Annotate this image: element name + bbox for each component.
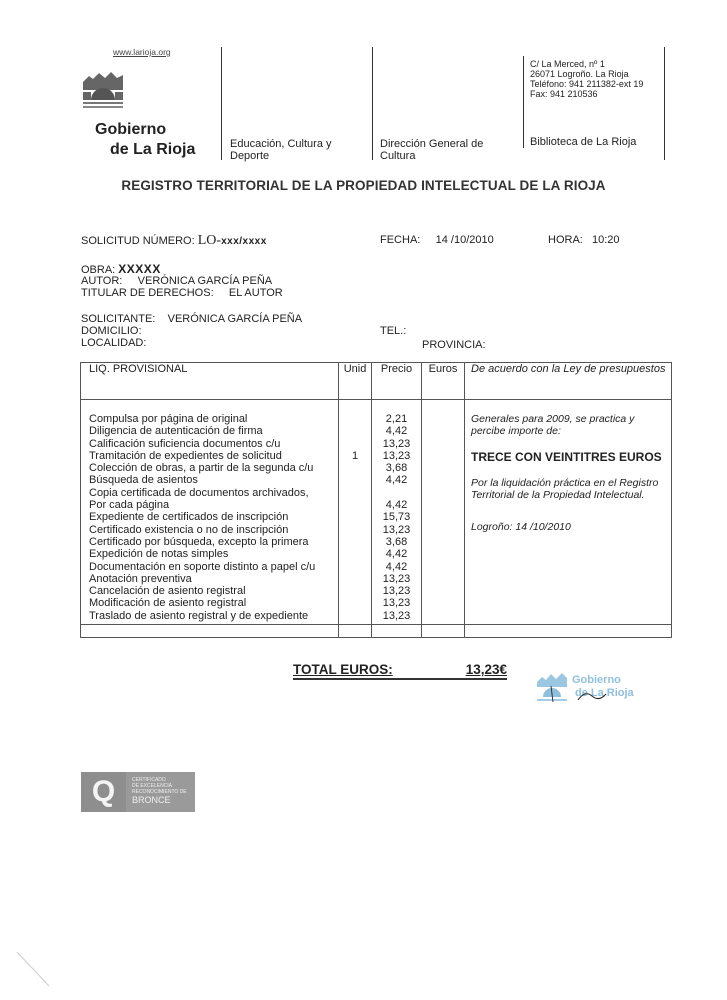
table-row-concept: Cancelación de asiento registral bbox=[89, 585, 338, 597]
solicitante-label: SOLICITANTE: bbox=[81, 313, 155, 325]
liquidation-note: Generales para 2009, se practica y perci… bbox=[465, 400, 672, 625]
solicitud-label: SOLICITUD NÚMERO: bbox=[81, 235, 195, 247]
department-education: Educación, Cultura y Deporte bbox=[230, 138, 332, 162]
table-row-precio: 4,42 bbox=[372, 561, 421, 573]
quality-q-icon: Q bbox=[81, 772, 126, 812]
table-row-concept: Expediente de certificados de inscripció… bbox=[89, 511, 338, 523]
table-row-unid bbox=[339, 425, 371, 437]
localidad-label: LOCALIDAD: bbox=[81, 337, 146, 349]
hora-field: HORA: 10:20 bbox=[548, 234, 620, 246]
table-row-precio: 13,23 bbox=[372, 438, 421, 450]
signature-icon bbox=[577, 688, 607, 702]
table-row-unid bbox=[339, 561, 371, 573]
header-law-note: De acuerdo con la Ley de presupuestos bbox=[465, 363, 672, 400]
department-library: Biblioteca de La Rioja bbox=[530, 136, 636, 148]
footer-cell bbox=[465, 625, 672, 638]
table-body-row: Compulsa por página de originalDiligenci… bbox=[81, 400, 672, 625]
table-row-precio: 13,23 bbox=[372, 450, 421, 462]
place-date: Logroño: 14 /10/2010 bbox=[471, 521, 665, 533]
department-culture: Dirección General de Cultura bbox=[380, 138, 483, 162]
autor-field: AUTOR: VERÓNICA GARCÍA PEÑA bbox=[81, 275, 272, 287]
table-row-unid bbox=[339, 536, 371, 548]
fecha-label: FECHA: bbox=[380, 234, 420, 246]
table-row-concept: Copia certificada de documentos archivad… bbox=[89, 487, 338, 499]
concept-column: Compulsa por página de originalDiligenci… bbox=[81, 400, 339, 625]
table-row-concept: Expedición de notas simples bbox=[89, 548, 338, 560]
table-row-unid bbox=[339, 499, 371, 511]
address-line: C/ La Merced, nº 1 bbox=[530, 59, 643, 69]
stamp-logo-icon bbox=[537, 672, 567, 702]
table-row-concept: Certificado existencia o no de inscripci… bbox=[89, 524, 338, 536]
amount-in-words: TRECE CON VEINTITRES EUROS bbox=[471, 451, 665, 463]
total-line: TOTAL EUROS: 13,23€ bbox=[293, 662, 507, 680]
solicitud-field: SOLICITUD NÚMERO: LO-xxx/xxxx bbox=[81, 233, 267, 249]
table-row-concept: Por cada página bbox=[89, 499, 338, 511]
total-value: 13,23€ bbox=[466, 662, 507, 677]
table-row-precio: 13,23 bbox=[372, 610, 421, 622]
table-row-unid bbox=[339, 597, 371, 609]
excellence-certificate-badge: Q CERTIFICADO DE EXCELENCIA RECONOCIMIEN… bbox=[81, 772, 195, 812]
footer-cell bbox=[339, 625, 372, 638]
table-row-precio: 2,21 bbox=[372, 413, 421, 425]
table-footer-row bbox=[81, 625, 672, 638]
table-row-precio: 13,23 bbox=[372, 597, 421, 609]
table-row-concept: Traslado de asiento registral y de exped… bbox=[89, 610, 338, 622]
dept-line: Deporte bbox=[230, 150, 332, 162]
table-row-unid bbox=[339, 610, 371, 622]
table-row-unid bbox=[339, 511, 371, 523]
table-row-precio bbox=[372, 487, 421, 499]
table-row-unid bbox=[339, 474, 371, 486]
header-unid: Unid bbox=[339, 363, 372, 400]
address-line: Fax: 941 210536 bbox=[530, 89, 643, 99]
header-divider bbox=[221, 47, 222, 160]
precio-column: 2,214,4213,2313,233,684,42 4,4215,7313,2… bbox=[372, 400, 422, 625]
table-row-concept: Modificación de asiento registral bbox=[89, 597, 338, 609]
address-line: 26071 Logroño. La Rioja bbox=[530, 69, 643, 79]
header-divider bbox=[372, 47, 373, 160]
footer-cell bbox=[372, 625, 422, 638]
table-row-unid bbox=[339, 524, 371, 536]
dept-line: Cultura bbox=[380, 150, 483, 162]
table-row-unid bbox=[339, 413, 371, 425]
table-row-unid bbox=[339, 462, 371, 474]
header-euros: Euros bbox=[422, 363, 465, 400]
table-row-precio: 4,42 bbox=[372, 474, 421, 486]
liquidation-table: LIQ. PROVISIONAL Unid Precio Euros De ac… bbox=[80, 362, 672, 638]
autor-value: VERÓNICA GARCÍA PEÑA bbox=[138, 275, 272, 287]
fecha-value: 14 /10/2010 bbox=[436, 234, 494, 246]
table-row-precio: 3,68 bbox=[372, 462, 421, 474]
titular-value: EL AUTOR bbox=[229, 287, 283, 299]
table-row-precio: 15,73 bbox=[372, 511, 421, 523]
dept-line: Educación, Cultura y bbox=[230, 138, 332, 150]
domicilio-label: DOMICILIO: bbox=[81, 325, 142, 337]
solicitud-prefix: LO- bbox=[198, 233, 221, 248]
table-row-concept: Certificado por búsqueda, excepto la pri… bbox=[89, 536, 338, 548]
obra-value: XXXXX bbox=[118, 262, 161, 276]
table-row-precio: 4,42 bbox=[372, 425, 421, 437]
header-divider bbox=[523, 56, 524, 148]
table-row-unid bbox=[339, 487, 371, 499]
org-name-line1: Gobierno bbox=[95, 121, 166, 139]
table-row-unid: 1 bbox=[339, 450, 371, 462]
table-row-precio: 13,23 bbox=[372, 524, 421, 536]
titular-label: TITULAR DE DERECHOS: bbox=[81, 287, 214, 299]
total-label: TOTAL EUROS: bbox=[293, 662, 393, 677]
table-row-precio: 3,68 bbox=[372, 536, 421, 548]
obra-field: OBRA: XXXXX bbox=[81, 262, 161, 276]
tel-label: TEL.: bbox=[380, 325, 406, 337]
hora-label: HORA: bbox=[548, 234, 583, 246]
table-row-precio: 4,42 bbox=[372, 499, 421, 511]
header-precio: Precio bbox=[372, 363, 422, 400]
solicitud-number: xxx/xxxx bbox=[221, 236, 267, 247]
table-row-concept: Búsqueda de asientos bbox=[89, 474, 338, 486]
table-row-precio: 4,42 bbox=[372, 548, 421, 560]
table-header-row: LIQ. PROVISIONAL Unid Precio Euros De ac… bbox=[81, 363, 672, 400]
provincia-label: PROVINCIA: bbox=[422, 339, 486, 351]
euros-column bbox=[422, 400, 465, 625]
table-row-unid bbox=[339, 548, 371, 560]
table-row-unid bbox=[339, 585, 371, 597]
solicitante-field: SOLICITANTE: VERÓNICA GARCÍA PEÑA bbox=[81, 313, 302, 325]
table-row-unid bbox=[339, 573, 371, 585]
stamp-text-line1: Gobierno bbox=[572, 674, 621, 686]
autor-label: AUTOR: bbox=[81, 275, 122, 287]
header-divider bbox=[664, 47, 665, 160]
address-block: C/ La Merced, nº 1 26071 Logroño. La Rio… bbox=[530, 59, 643, 99]
solicitante-value: VERÓNICA GARCÍA PEÑA bbox=[168, 313, 302, 325]
table-row-precio: 13,23 bbox=[372, 573, 421, 585]
footer-cell bbox=[81, 625, 339, 638]
scan-artifact-line bbox=[15, 950, 55, 990]
footer-cell bbox=[422, 625, 465, 638]
note-line1: Generales para 2009, se practica y perci… bbox=[471, 413, 665, 437]
dept-line: Dirección General de bbox=[380, 138, 483, 150]
note-line2: Por la liquidación práctica en el Regist… bbox=[471, 477, 665, 501]
gobierno-logo-icon bbox=[83, 70, 123, 110]
document-title: REGISTRO TERRITORIAL DE LA PROPIEDAD INT… bbox=[0, 178, 727, 193]
table-row-concept: Anotación preventiva bbox=[89, 573, 338, 585]
official-stamp: Gobierno de La Rioja bbox=[537, 670, 647, 710]
fecha-field: FECHA: 14 /10/2010 bbox=[380, 234, 494, 246]
table-row-concept: Tramitación de expedientes de solicitud bbox=[89, 450, 338, 462]
table-row-concept: Colección de obras, a partir de la segun… bbox=[89, 462, 338, 474]
table-row-concept: Compulsa por página de original bbox=[89, 413, 338, 425]
header-concept: LIQ. PROVISIONAL bbox=[81, 363, 339, 400]
table-row-concept: Diligencia de autenticación de firma bbox=[89, 425, 338, 437]
address-line: Teléfono: 941 211382-ext 19 bbox=[530, 79, 643, 89]
table-row-concept: Calificación suficiencia documentos c/u bbox=[89, 438, 338, 450]
hora-value: 10:20 bbox=[592, 234, 620, 246]
cert-level: BRONCE bbox=[132, 795, 187, 805]
titular-field: TITULAR DE DERECHOS: EL AUTOR bbox=[81, 287, 283, 299]
unid-column: 1 bbox=[339, 400, 372, 625]
certificate-text: CERTIFICADO DE EXCELENCIA RECONOCIMIENTO… bbox=[126, 772, 187, 812]
website-link[interactable]: www.larioja.org bbox=[113, 47, 171, 57]
org-name-line2: de La Rioja bbox=[110, 141, 195, 159]
table-row-precio: 13,23 bbox=[372, 585, 421, 597]
table-row-unid bbox=[339, 438, 371, 450]
table-row-concept: Documentación en soporte distinto a pape… bbox=[89, 561, 338, 573]
